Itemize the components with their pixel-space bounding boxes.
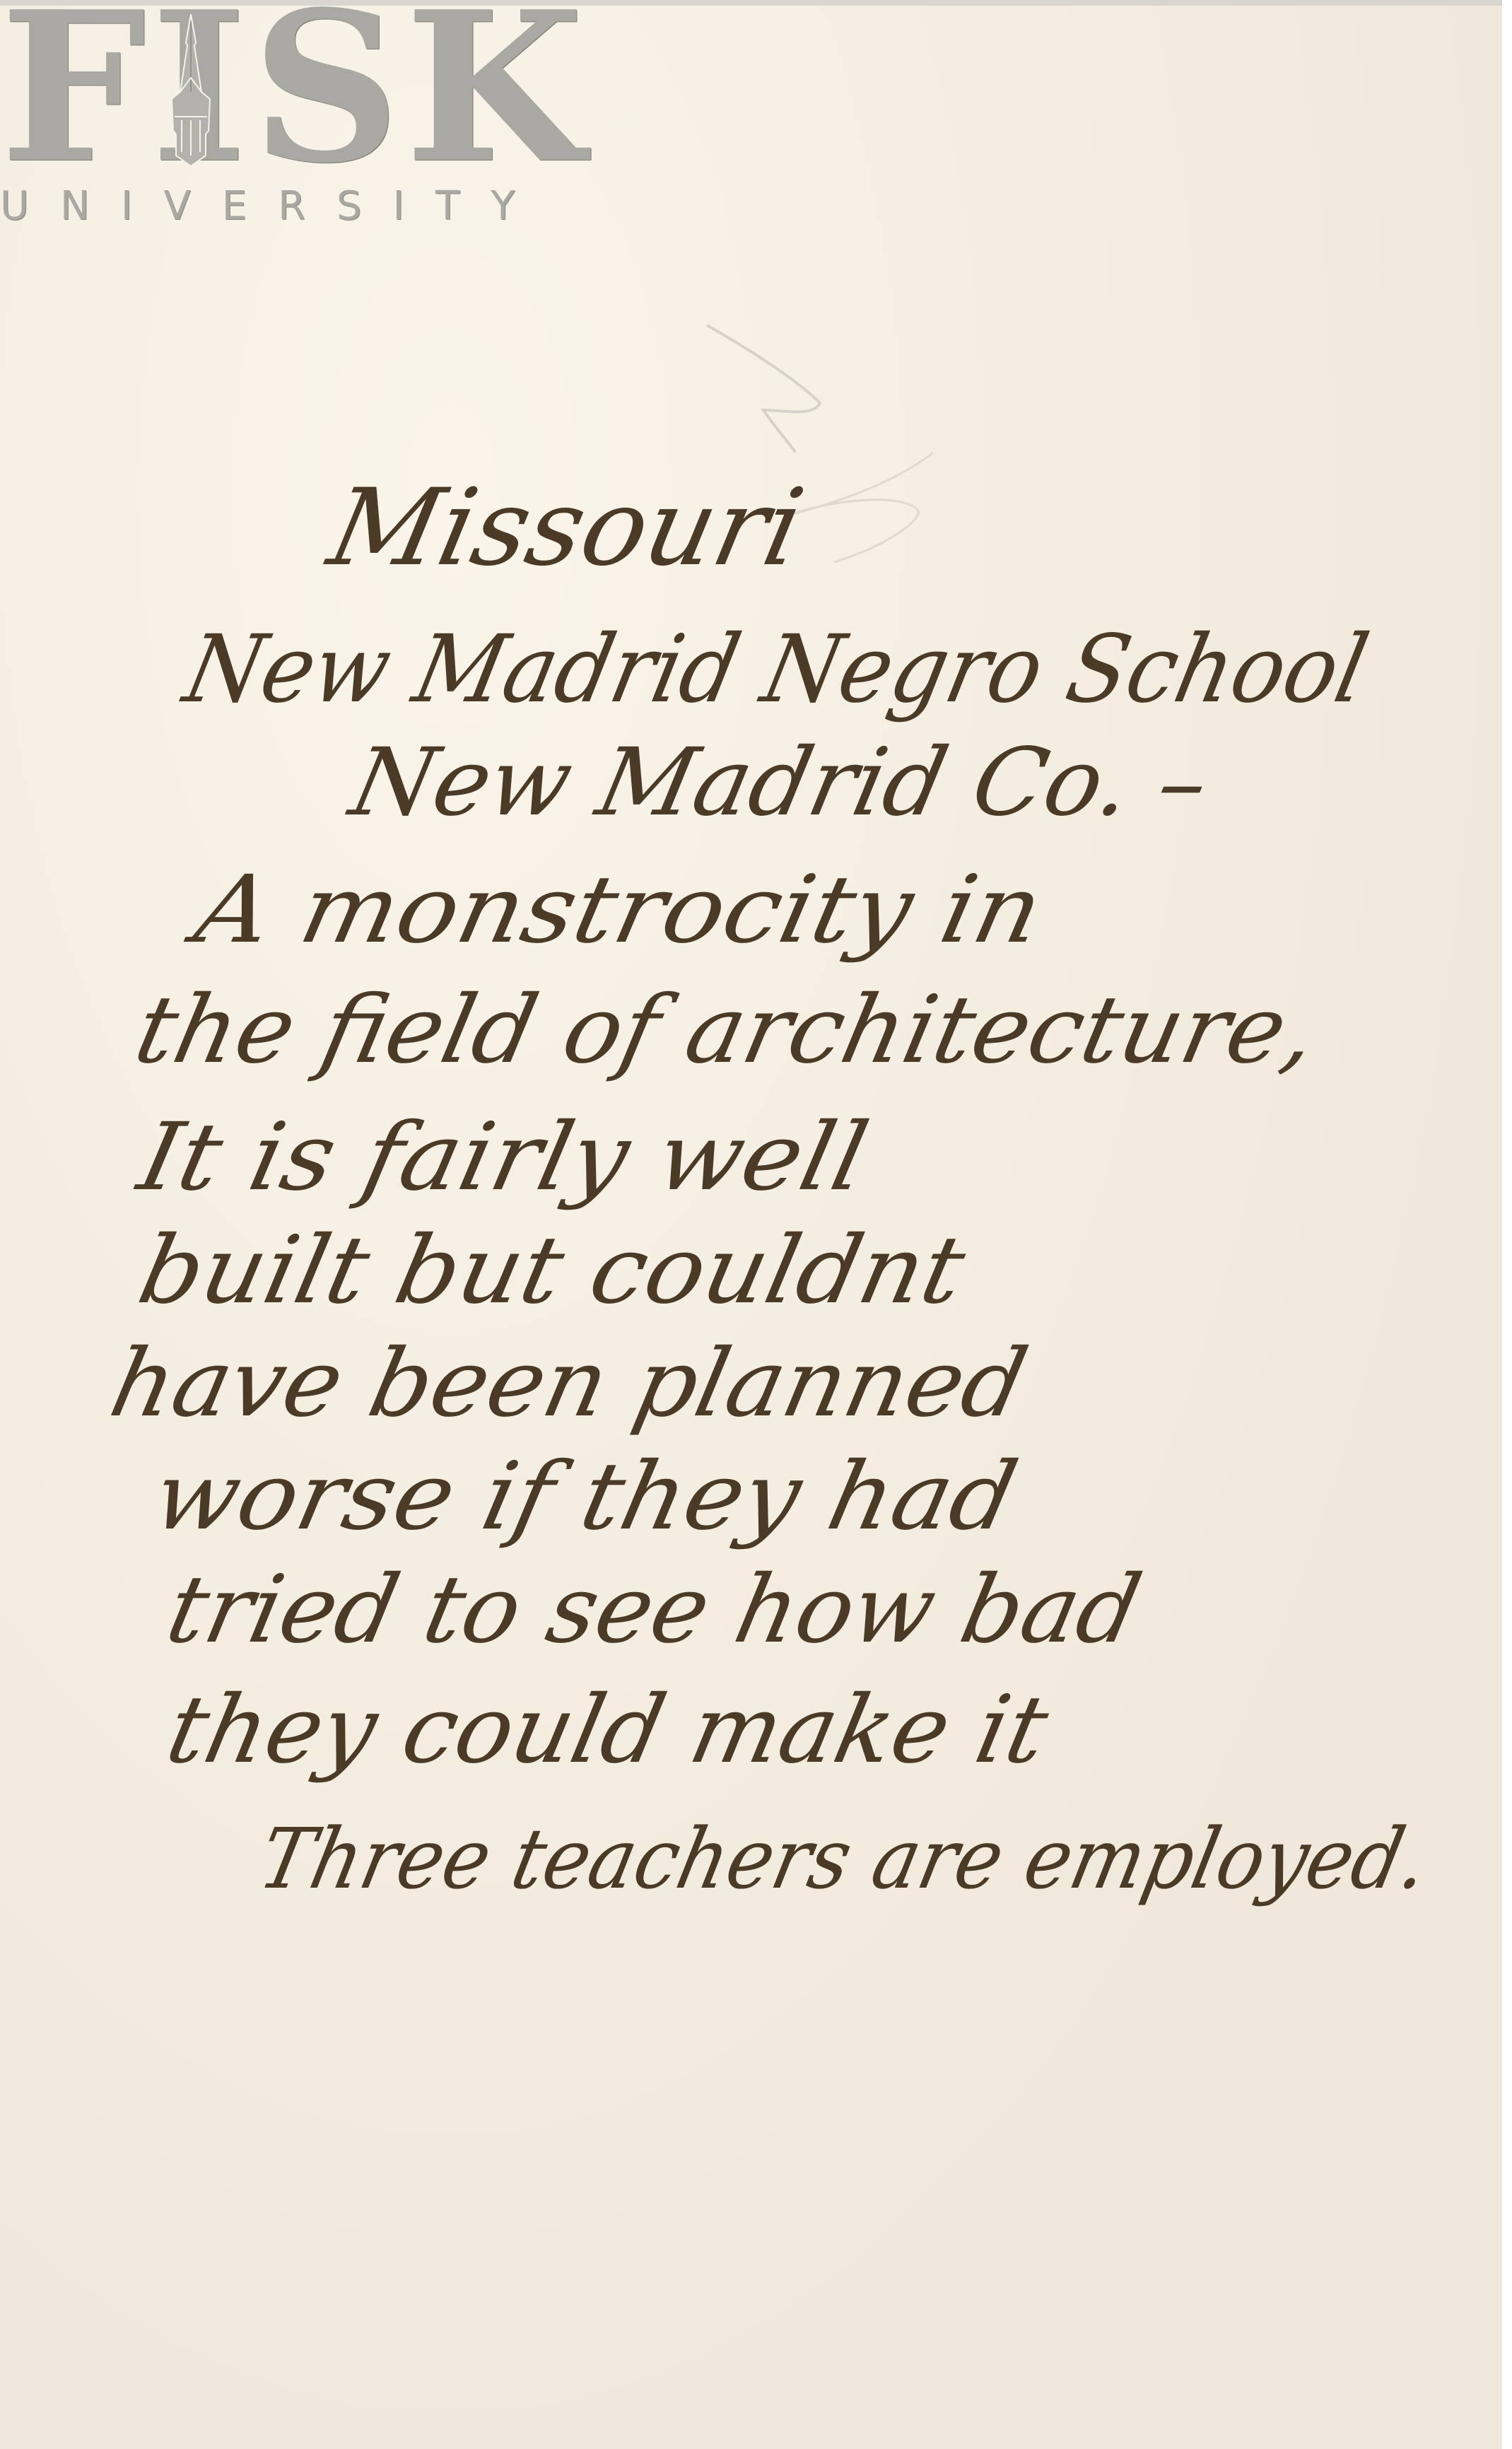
logo-letter-k: K xyxy=(405,3,589,173)
logo-wordmark: FISK xyxy=(0,3,558,173)
handwritten-heading-state: Missouri xyxy=(320,467,814,590)
fisk-university-logo: FISK UNIVERSITY xyxy=(0,0,565,233)
handwritten-line: It is fairly well xyxy=(130,1103,877,1212)
handwritten-line: the field of architecture, xyxy=(127,976,1327,1085)
logo-letter-f: F xyxy=(0,3,151,173)
handwritten-line: have been planned xyxy=(102,1329,1036,1438)
handwritten-line-school: New Madrid Negro School xyxy=(176,615,1377,724)
handwritten-line: they could make it xyxy=(158,1676,1057,1784)
handwritten-line: tried to see how bad xyxy=(158,1555,1150,1664)
handwritten-line: built but couldnt xyxy=(130,1216,974,1325)
handwritten-line: worse if they had xyxy=(144,1442,1026,1551)
logo-subtitle: UNIVERSITY xyxy=(0,185,558,228)
logo-letter-s: S xyxy=(252,3,405,173)
handwritten-line: A monstrocity in xyxy=(187,855,1052,964)
handwritten-line-teachers: Three teachers are employed. xyxy=(251,1810,1437,1907)
chapel-spire-icon xyxy=(159,14,223,166)
handwritten-line-county: New Madrid Co. – xyxy=(342,728,1218,837)
